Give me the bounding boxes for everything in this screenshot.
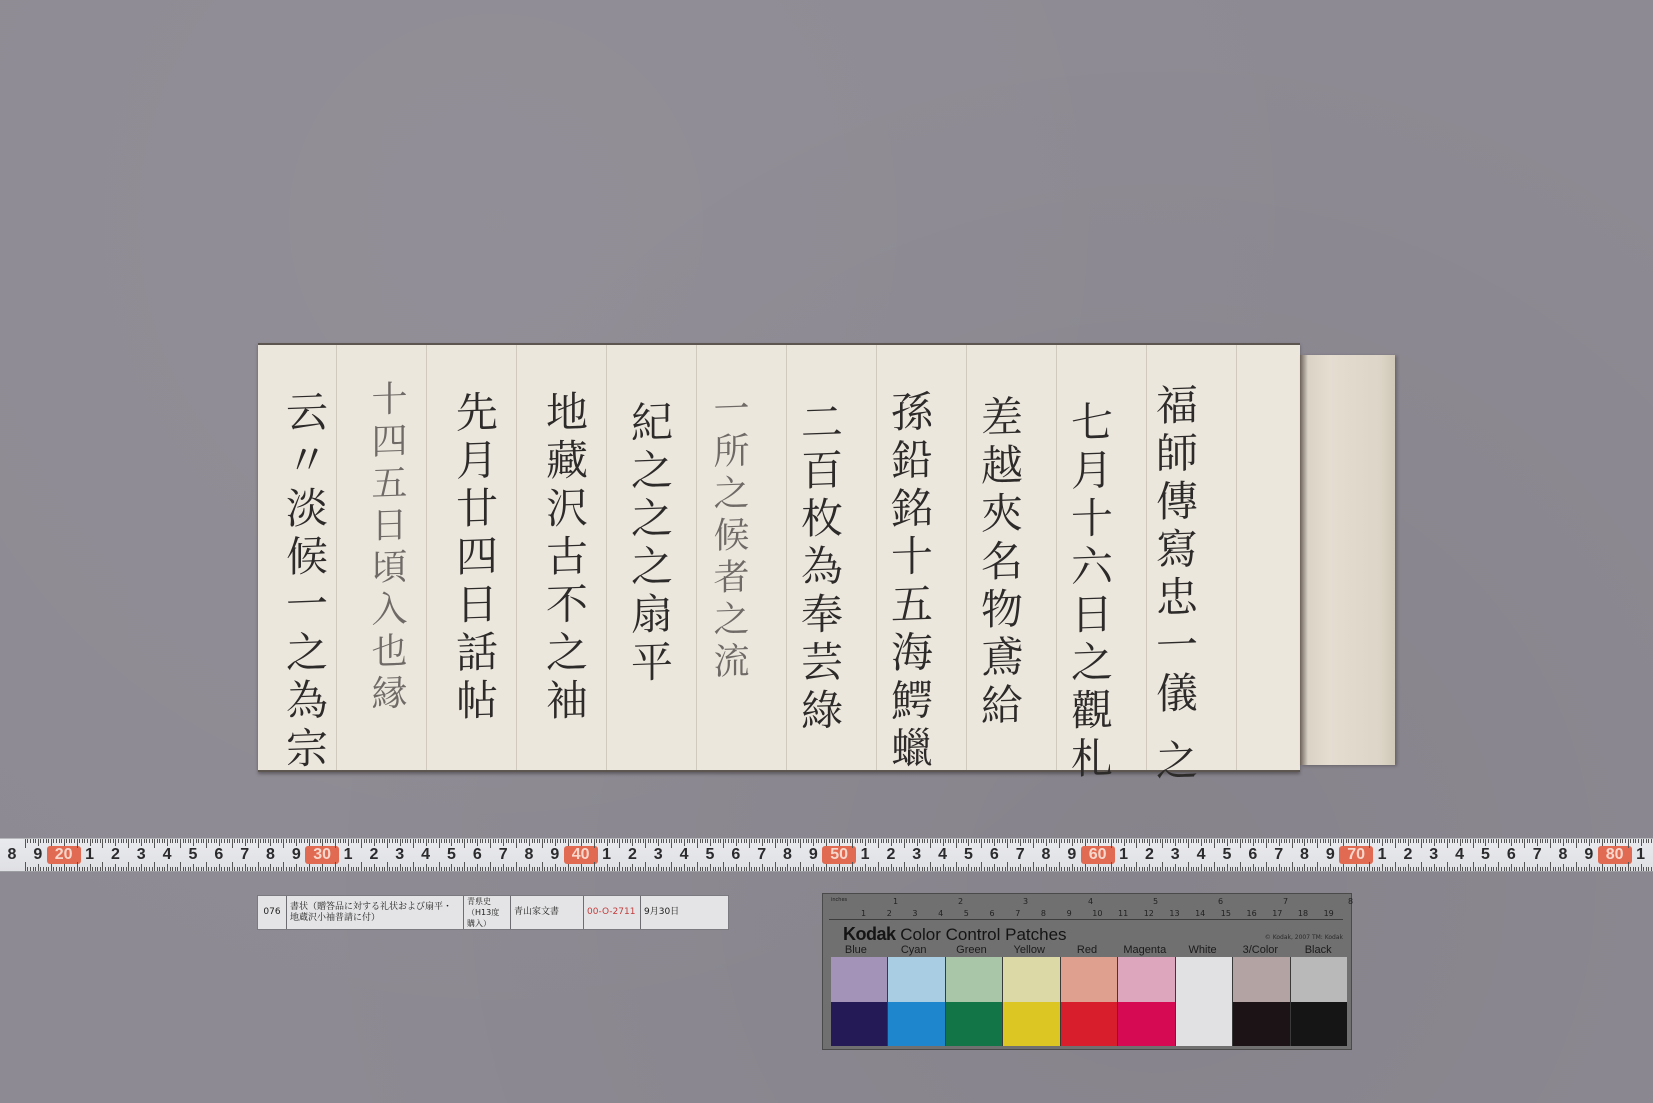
ruler-tick xyxy=(1090,867,1091,871)
ruler-tick xyxy=(90,864,91,871)
ruler-tick xyxy=(477,864,478,871)
ruler-tick xyxy=(1496,867,1497,871)
ruler-tick xyxy=(767,839,768,843)
ruler-tick xyxy=(798,867,799,871)
cm-mark: 12 xyxy=(1144,909,1154,918)
ruler-tick xyxy=(519,867,520,871)
ruler-tick xyxy=(1638,839,1639,843)
ruler-tick xyxy=(1250,839,1251,843)
ruler-tick xyxy=(772,867,773,871)
ruler-tick xyxy=(1439,867,1440,871)
ruler-tick xyxy=(555,864,556,871)
ruler-tick xyxy=(371,839,372,843)
color-patch-yellow-top xyxy=(1003,957,1059,1002)
catalog-number: 076 xyxy=(258,896,287,929)
ruler-tick xyxy=(573,867,574,871)
ruler-tick xyxy=(25,839,26,848)
ruler-tick xyxy=(583,867,584,871)
ruler-tick xyxy=(922,867,923,871)
ruler-tick xyxy=(1284,839,1285,843)
ruler-tick xyxy=(1271,839,1272,843)
ruler-tick xyxy=(741,867,742,871)
ruler-tick xyxy=(27,867,28,871)
ruler-tick xyxy=(38,839,39,846)
ruler-tick xyxy=(759,867,760,871)
ruler-tick xyxy=(604,867,605,871)
ruler-tick xyxy=(333,867,334,871)
ruler-tick xyxy=(893,839,894,843)
ruler-tick xyxy=(330,839,331,843)
ruler-tick xyxy=(713,839,714,843)
ruler-tick xyxy=(59,867,60,871)
ruler-tick xyxy=(224,867,225,871)
ruler-tick xyxy=(227,839,228,843)
ruler-tick xyxy=(992,867,993,871)
ruler-tick xyxy=(865,839,866,846)
ruler-tick xyxy=(413,839,414,848)
ruler-tick xyxy=(40,839,41,843)
ruler-tick xyxy=(46,867,47,871)
ruler-tick xyxy=(1519,839,1520,843)
ruler-tick xyxy=(1491,839,1492,843)
ruler-tick xyxy=(1043,839,1044,843)
ruler-tick xyxy=(415,867,416,871)
ruler-tick xyxy=(1506,839,1507,843)
ruler-tick xyxy=(625,867,626,871)
ruler-tick xyxy=(405,867,406,871)
ruler-tick xyxy=(1273,867,1274,871)
cm-mark: 10 xyxy=(1092,909,1102,918)
ruler-tick xyxy=(831,867,832,871)
ruler-tick xyxy=(410,867,411,871)
ruler-tick xyxy=(870,867,871,871)
ruler-tick xyxy=(242,867,243,871)
calligraphy-column: 一所之候者之流 xyxy=(710,389,746,684)
ruler-tick xyxy=(661,839,662,843)
ruler-tick xyxy=(1253,864,1254,871)
ruler-tick xyxy=(1118,867,1119,871)
ruler-tick xyxy=(674,867,675,871)
ruler-tick xyxy=(1103,839,1104,843)
ruler-tick xyxy=(1413,839,1414,843)
ruler-tick xyxy=(1617,839,1618,843)
ruler-tick xyxy=(506,867,507,871)
ruler-tick xyxy=(1630,839,1631,843)
ruler-tick xyxy=(1028,867,1029,871)
ruler-tick xyxy=(472,867,473,871)
fold-line xyxy=(786,345,787,770)
color-patch-yellow-bottom xyxy=(1003,1002,1059,1047)
ruler-tick xyxy=(477,839,478,846)
ruler-tick xyxy=(1227,864,1228,871)
ruler-tick xyxy=(71,867,72,871)
ruler-tick xyxy=(1005,839,1006,843)
ruler-tick xyxy=(1294,867,1295,871)
ruler-tick xyxy=(1173,839,1174,843)
ruler-tick xyxy=(857,839,858,843)
ruler-tick xyxy=(33,867,34,871)
ruler-tick xyxy=(152,867,153,871)
ruler-tick xyxy=(539,867,540,871)
ruler-tick xyxy=(808,867,809,871)
ruler-tick xyxy=(891,839,892,846)
ruler-tick xyxy=(1563,839,1564,846)
ruler-tick xyxy=(513,839,514,843)
ruler-tick xyxy=(1444,867,1445,871)
ruler-tick xyxy=(1310,867,1311,871)
ruler-tick xyxy=(1413,867,1414,871)
catalog-title: 書状（贈答品に対する礼状および扇平・地蔵沢小袖普請に付） xyxy=(287,896,464,929)
ruler-tick xyxy=(762,864,763,871)
ruler-tick xyxy=(521,839,522,843)
ruler-tick xyxy=(1547,839,1548,843)
ruler-tick xyxy=(1395,839,1396,848)
ruler-tick xyxy=(180,862,181,871)
ruler-number: 30 xyxy=(305,846,339,864)
ruler-tick xyxy=(769,867,770,871)
ruler-tick xyxy=(1286,867,1287,871)
fold-line xyxy=(1056,345,1057,770)
ruler-tick xyxy=(705,839,706,843)
ruler-tick xyxy=(744,839,745,843)
ruler-tick xyxy=(738,839,739,843)
ruler-tick xyxy=(1051,839,1052,843)
ruler-tick xyxy=(364,839,365,843)
ruler-tick xyxy=(811,839,812,843)
ruler-tick xyxy=(896,839,897,843)
ruler-tick xyxy=(1630,867,1631,871)
ruler-tick xyxy=(1504,839,1505,843)
ruler-tick xyxy=(1230,839,1231,843)
ruler-tick xyxy=(638,839,639,843)
ruler-tick xyxy=(64,864,65,871)
ruler-tick xyxy=(720,867,721,871)
ruler-tick xyxy=(689,839,690,843)
ruler-tick xyxy=(1180,839,1181,843)
ruler-tick xyxy=(839,839,840,846)
ruler-tick xyxy=(979,839,980,843)
color-patch-red-bottom xyxy=(1061,1002,1117,1047)
ruler-tick xyxy=(1400,839,1401,843)
ruler-tick xyxy=(353,839,354,843)
ruler-tick xyxy=(1098,864,1099,871)
ruler-tick xyxy=(444,839,445,843)
ruler-tick xyxy=(893,867,894,871)
ruler-tick xyxy=(382,867,383,871)
ruler-tick xyxy=(95,839,96,843)
ruler-tick xyxy=(113,839,114,843)
ruler-tick xyxy=(529,864,530,871)
ruler-tick xyxy=(273,867,274,871)
ruler-number: 3 xyxy=(1166,846,1184,864)
ruler-tick xyxy=(1333,867,1334,871)
ruler-tick xyxy=(90,839,91,846)
ruler-tick xyxy=(1522,839,1523,843)
ruler-tick xyxy=(759,839,760,843)
ruler-tick xyxy=(211,839,212,843)
ruler-tick xyxy=(718,867,719,871)
ruler-tick xyxy=(1485,864,1486,871)
ruler-tick xyxy=(1586,839,1587,843)
ruler-tick xyxy=(229,867,230,871)
ruler-tick xyxy=(974,839,975,843)
ruler-tick xyxy=(1408,839,1409,846)
ruler-tick xyxy=(255,839,256,843)
ruler-tick xyxy=(1351,839,1352,843)
ruler-tick xyxy=(614,867,615,871)
ruler-number: 5 xyxy=(184,846,202,864)
ruler-tick xyxy=(803,867,804,871)
ruler-tick xyxy=(1087,867,1088,871)
ruler-tick xyxy=(599,867,600,871)
ruler-tick xyxy=(1610,839,1611,843)
ruler-tick xyxy=(196,867,197,871)
ruler-tick xyxy=(1354,839,1355,843)
ruler-tick xyxy=(857,867,858,871)
ruler-tick xyxy=(547,867,548,871)
ruler-tick xyxy=(1152,839,1153,843)
patch-names: BlueCyanGreenYellowRedMagentaWhite3/Colo… xyxy=(827,944,1347,956)
ruler-tick xyxy=(868,867,869,871)
ruler-tick xyxy=(110,867,111,871)
ruler-tick xyxy=(110,839,111,843)
ruler-tick xyxy=(534,839,535,843)
ruler-tick xyxy=(436,867,437,871)
ruler-tick xyxy=(1266,839,1267,848)
ruler-tick xyxy=(1359,867,1360,871)
ruler-tick xyxy=(462,867,463,871)
ruler-tick xyxy=(1209,867,1210,871)
ruler-tick xyxy=(813,839,814,846)
ruler-tick xyxy=(1299,867,1300,871)
ruler-tick xyxy=(175,839,176,843)
ruler-tick xyxy=(526,839,527,843)
ruler-tick xyxy=(1178,839,1179,843)
ruler-tick xyxy=(1261,867,1262,871)
ruler-tick xyxy=(537,839,538,843)
ruler-tick xyxy=(1615,864,1616,871)
ruler-tick xyxy=(198,867,199,871)
ruler-tick xyxy=(1139,839,1140,843)
ruler-tick xyxy=(71,839,72,843)
ruler-tick xyxy=(588,867,589,871)
ruler-tick xyxy=(1423,867,1424,871)
ruler-tick xyxy=(850,867,851,871)
ruler-tick xyxy=(1222,839,1223,843)
ruler-tick xyxy=(979,867,980,871)
ruler-tick xyxy=(325,839,326,843)
ruler-tick xyxy=(1046,864,1047,871)
ruler-tick xyxy=(1348,839,1349,843)
ruler-tick xyxy=(371,867,372,871)
ruler-tick xyxy=(1452,867,1453,871)
ruler-tick xyxy=(627,839,628,843)
ruler-tick xyxy=(1483,867,1484,871)
ruler-tick xyxy=(224,839,225,843)
ruler-tick xyxy=(270,839,271,846)
ruler-tick xyxy=(136,867,137,871)
calligraphy-column: 福師傳寫忠一儀 之 xyxy=(1153,382,1195,787)
ruler-tick xyxy=(164,839,165,843)
ruler-tick xyxy=(1067,839,1068,843)
ruler-tick xyxy=(1046,839,1047,846)
ruler-tick xyxy=(25,862,26,871)
ruler-tick xyxy=(1129,867,1130,871)
ruler-tick xyxy=(1307,867,1308,871)
ruler-tick xyxy=(1514,867,1515,871)
ruler-tick xyxy=(1160,839,1161,843)
ruler-tick xyxy=(35,839,36,843)
ruler-tick xyxy=(1328,839,1329,843)
ruler-tick xyxy=(1098,839,1099,846)
ruler-tick xyxy=(1465,839,1466,843)
ruler-tick xyxy=(167,864,168,871)
ruler-tick xyxy=(1263,867,1264,871)
ruler-tick xyxy=(1390,867,1391,871)
ruler-number: 1 xyxy=(1115,846,1133,864)
ruler-tick xyxy=(674,839,675,843)
ruler-tick xyxy=(1361,839,1362,843)
ruler-tick xyxy=(1129,839,1130,843)
ruler-tick xyxy=(1175,864,1176,871)
ruler-tick xyxy=(899,839,900,843)
ruler-tick xyxy=(286,839,287,843)
ruler-tick xyxy=(532,867,533,871)
ruler-tick xyxy=(1033,839,1034,848)
ruler-tick xyxy=(772,839,773,843)
ruler-tick xyxy=(1302,867,1303,871)
ruler-tick xyxy=(1330,839,1331,846)
ruler-tick xyxy=(1607,867,1608,871)
ruler-tick xyxy=(335,862,336,871)
ruler-tick xyxy=(1612,867,1613,871)
ruler-tick xyxy=(100,867,101,871)
ruler-tick xyxy=(865,864,866,871)
ruler-tick xyxy=(144,867,145,871)
ruler-tick xyxy=(1493,839,1494,843)
ruler-tick xyxy=(467,839,468,843)
ruler-tick xyxy=(1491,867,1492,871)
ruler-tick xyxy=(700,867,701,871)
cm-mark: 2 xyxy=(887,909,892,918)
ruler-tick xyxy=(1030,839,1031,843)
ruler-tick xyxy=(1584,839,1585,843)
ruler-number: 4 xyxy=(934,846,952,864)
ruler-tick xyxy=(1449,867,1450,871)
ruler-tick xyxy=(185,867,186,871)
ruler-tick xyxy=(619,862,620,871)
ruler-tick xyxy=(1284,867,1285,871)
ruler-tick xyxy=(767,867,768,871)
ruler-tick xyxy=(676,839,677,843)
ruler-tick xyxy=(146,867,147,871)
ruler-tick xyxy=(74,839,75,843)
ruler-tick xyxy=(1193,867,1194,871)
ruler-tick xyxy=(981,862,982,871)
ruler-tick xyxy=(1423,839,1424,843)
ruler-tick xyxy=(338,867,339,871)
ruler-tick xyxy=(968,864,969,871)
ruler-tick xyxy=(392,867,393,871)
ruler-tick xyxy=(1444,839,1445,843)
ruler-number: 2 xyxy=(1399,846,1417,864)
ruler-number: 5 xyxy=(1476,846,1494,864)
ruler-tick xyxy=(252,867,253,871)
ruler-tick xyxy=(1506,867,1507,871)
ruler-tick xyxy=(312,867,313,871)
ruler-number: 7 xyxy=(494,846,512,864)
ruler-tick xyxy=(1036,839,1037,843)
ruler-tick xyxy=(1467,867,1468,871)
ruler-tick xyxy=(1333,839,1334,843)
ruler-tick xyxy=(878,862,879,871)
ruler-tick xyxy=(984,839,985,843)
ruler-tick xyxy=(247,839,248,843)
color-patch-3-color-top xyxy=(1233,957,1289,1002)
ruler-tick xyxy=(330,867,331,871)
ruler-number: 1 xyxy=(339,846,357,864)
ruler-tick xyxy=(669,867,670,871)
ruler-tick xyxy=(844,839,845,843)
ruler-tick xyxy=(1211,867,1212,871)
measuring-ruler: 8920123456789301234567894012345678950123… xyxy=(0,838,1653,872)
ruler-number: 40 xyxy=(564,846,598,864)
fold-line xyxy=(696,345,697,770)
ruler-tick xyxy=(594,862,595,871)
ruler-tick xyxy=(1105,867,1106,871)
ruler-tick xyxy=(172,839,173,843)
ruler-tick xyxy=(601,867,602,871)
ruler-tick xyxy=(1509,839,1510,843)
ruler-tick xyxy=(201,839,202,843)
ruler-tick xyxy=(356,839,357,843)
ruler-tick xyxy=(513,867,514,871)
ruler-tick xyxy=(1421,839,1422,848)
ruler-tick xyxy=(1635,867,1636,871)
ruler-tick xyxy=(658,864,659,871)
ruler-tick xyxy=(1405,867,1406,871)
ruler-tick xyxy=(415,839,416,843)
ruler-tick xyxy=(1540,839,1541,843)
ruler-number: 80 xyxy=(1598,846,1632,864)
ruler-tick xyxy=(710,839,711,846)
patch-name-white: White xyxy=(1174,944,1232,956)
ruler-tick xyxy=(364,867,365,871)
fold-line xyxy=(876,345,877,770)
ruler-tick xyxy=(1028,839,1029,843)
ruler-tick xyxy=(710,864,711,871)
ruler-tick xyxy=(61,867,62,871)
ruler-tick xyxy=(1292,839,1293,848)
ruler-tick xyxy=(1615,839,1616,846)
ruler-tick xyxy=(433,839,434,843)
ruler-tick xyxy=(692,839,693,843)
ruler-tick xyxy=(519,839,520,843)
catalog-source: 青県史（H13度購入） xyxy=(464,896,511,929)
ruler-tick xyxy=(736,864,737,871)
ruler-tick xyxy=(1093,867,1094,871)
ruler-tick xyxy=(1217,839,1218,843)
ruler-tick xyxy=(875,867,876,871)
ruler-tick xyxy=(1369,862,1370,871)
ruler-tick xyxy=(221,839,222,843)
ruler-tick xyxy=(958,839,959,843)
ruler-tick xyxy=(1457,839,1458,843)
ruler-tick xyxy=(162,839,163,843)
ruler-tick xyxy=(1191,867,1192,871)
calligraphy-column: 差越夾名物鳶給 xyxy=(978,394,1020,731)
ruler-tick xyxy=(935,839,936,843)
